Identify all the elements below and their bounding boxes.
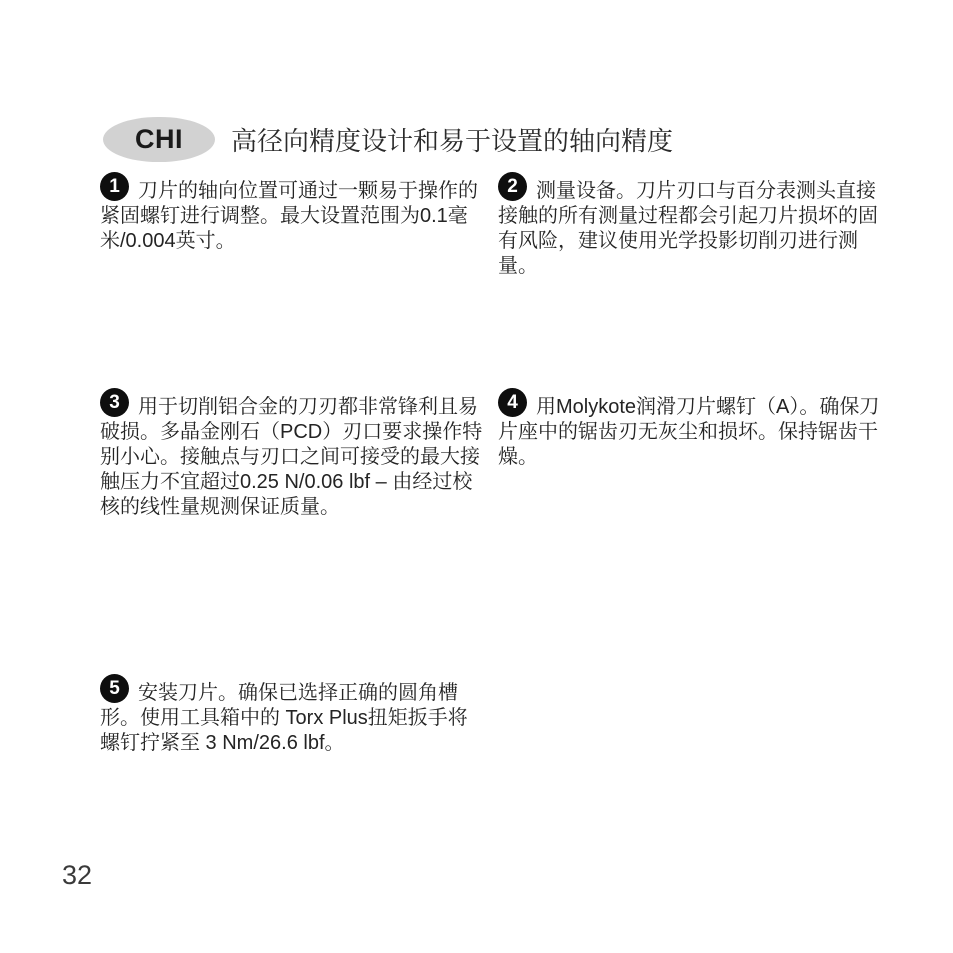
page-number: 32 <box>62 860 92 891</box>
step-number-label: 4 <box>507 393 518 412</box>
step-number-badge: 4 <box>498 388 527 417</box>
step-text: 安装刀片。确保已选择正确的圆角槽形。使用工具箱中的 Torx Plus扭矩扳手将… <box>100 681 486 756</box>
step-number-label: 1 <box>109 177 120 196</box>
step-text: 测量设备。刀片刃口与百分表测头直接接触的所有测量过程都会引起刀片损坏的固有风险，… <box>498 179 884 279</box>
step-number-badge: 2 <box>498 172 527 201</box>
step-item-4: 4 用Molykote润滑刀片螺钉（A）。确保刀片座中的锯齿刃无灰尘和损坏。保持… <box>498 395 884 470</box>
step-number-badge: 3 <box>100 388 129 417</box>
step-text: 用Molykote润滑刀片螺钉（A）。确保刀片座中的锯齿刃无灰尘和损坏。保持锯齿… <box>498 395 884 470</box>
step-item-1: 1 刀片的轴向位置可通过一颗易于操作的紧固螺钉进行调整。最大设置范围为0.1毫米… <box>100 179 486 254</box>
page-title: 高径向精度设计和易于设置的轴向精度 <box>231 121 673 158</box>
language-badge-label: CHI <box>135 124 183 155</box>
step-number-badge: 5 <box>100 674 129 703</box>
step-text: 刀片的轴向位置可通过一颗易于操作的紧固螺钉进行调整。最大设置范围为0.1毫米/0… <box>100 179 486 254</box>
page-header: CHI 高径向精度设计和易于设置的轴向精度 <box>103 104 673 176</box>
step-number-label: 2 <box>507 177 518 196</box>
step-item-3: 3 用于切削铝合金的刀刃都非常锋利且易破损。多晶金刚石（PCD）刃口要求操作特别… <box>100 395 486 520</box>
step-number-label: 5 <box>109 679 120 698</box>
step-number-label: 3 <box>109 393 120 412</box>
step-item-2: 2 测量设备。刀片刃口与百分表测头直接接触的所有测量过程都会引起刀片损坏的固有风… <box>498 179 884 279</box>
step-text: 用于切削铝合金的刀刃都非常锋利且易破损。多晶金刚石（PCD）刃口要求操作特别小心… <box>100 395 486 520</box>
language-badge: CHI <box>103 117 215 162</box>
step-number-badge: 1 <box>100 172 129 201</box>
manual-page: CHI 高径向精度设计和易于设置的轴向精度 1 刀片的轴向位置可通过一颗易于操作… <box>0 0 953 953</box>
step-item-5: 5 安装刀片。确保已选择正确的圆角槽形。使用工具箱中的 Torx Plus扭矩扳… <box>100 681 486 756</box>
